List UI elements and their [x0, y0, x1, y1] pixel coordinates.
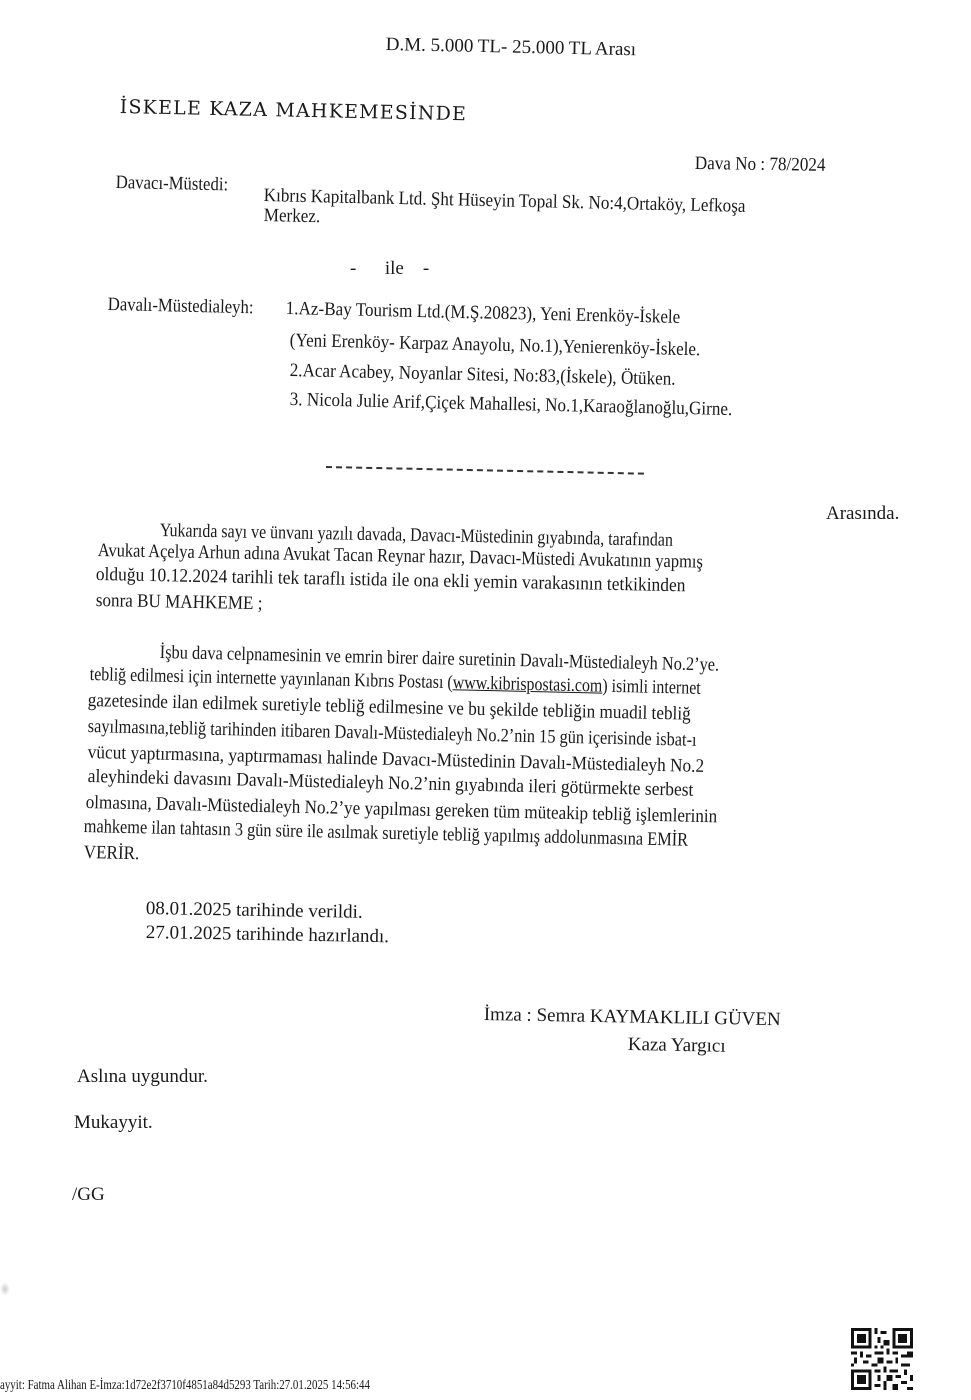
judge-title: Kaza Yargıcı — [628, 1034, 726, 1058]
paragraph-line: VERİR. — [84, 842, 140, 865]
defendant-line: 1.Az-Bay Tourism Ltd.(M.Ş.20823), Yeni E… — [286, 298, 681, 329]
court-title: İSKELE KAZA MAHKEMESİNDE — [120, 96, 468, 125]
initials: /GG — [72, 1184, 105, 1206]
signature-line: İmza : Semra KAYMAKLILI GÜVEN — [484, 1004, 781, 1031]
defendant-label: Davalı-Müstedialeyh: — [108, 294, 254, 319]
e-signature-footer: ayyit: Fatma Alihan E-İmza:1d72e2f3710f4… — [0, 1378, 370, 1394]
paragraph-text: ) isimli internet — [602, 676, 701, 699]
plaintiff-address-cont: Merkez. — [264, 205, 321, 228]
paragraph-line: sonra BU MAHKEME ; — [96, 590, 263, 615]
newspaper-link[interactable]: www.kibrispostasi.com — [452, 672, 602, 696]
plaintiff-label: Davacı-Müstedi: — [116, 172, 229, 196]
separator-line — [326, 466, 644, 475]
defendant-line: 2.Acar Acabey, Noyanlar Sitesi, No:83,(İ… — [290, 360, 676, 391]
registrar-label: Mukayyit. — [74, 1112, 153, 1134]
plaintiff-address: Kıbrıs Kapitalbank Ltd. Şht Hüseyin Topa… — [264, 185, 746, 218]
scan-smudge — [0, 1282, 10, 1296]
between-label: Arasında. — [826, 503, 899, 525]
ile-separator: - ile - — [350, 258, 429, 280]
defendant-line: 3. Nicola Julie Arif,Çiçek Mahallesi, No… — [290, 389, 733, 421]
fee-range: D.M. 5.000 TL- 25.000 TL Arası — [386, 34, 637, 61]
prepared-date: 27.01.2025 tarihinde hazırlandı. — [146, 922, 390, 948]
case-number: Dava No : 78/2024 — [695, 153, 826, 177]
true-copy-note: Aslına uygundur. — [77, 1066, 208, 1088]
defendant-line: (Yeni Erenköy- Karpaz Anayolu, No.1),Yen… — [290, 330, 701, 361]
qr-code-icon — [851, 1328, 913, 1390]
issued-date: 08.01.2025 tarihinde verildi. — [146, 898, 363, 924]
